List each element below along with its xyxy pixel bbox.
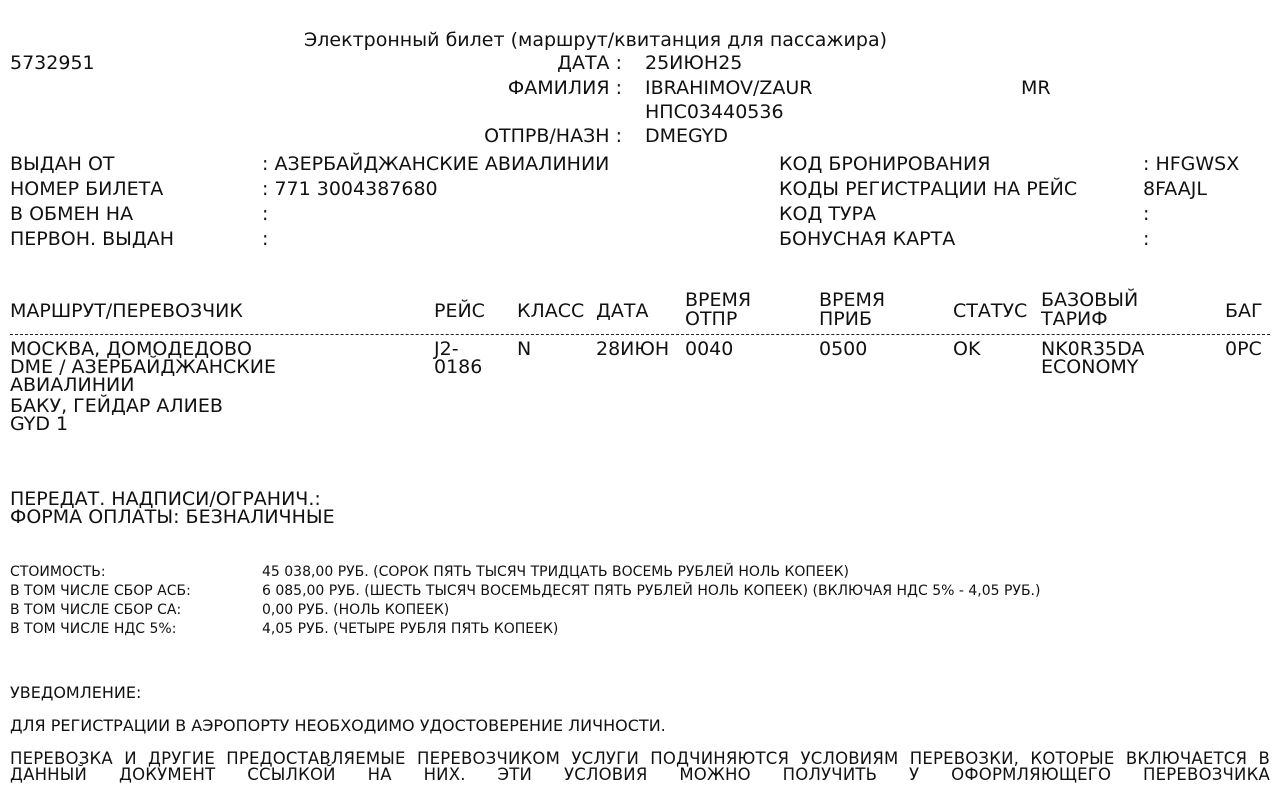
col-dep-time-2: ОТПР — [685, 310, 737, 329]
booking-code-label: КОД БРОНИРОВАНИЯ — [779, 152, 990, 176]
surname-value: IBRAHIMOV/ZAUR — [645, 76, 813, 100]
document-title: Электронный билет (маршрут/квитанция для… — [304, 28, 887, 52]
exchange-value: : — [262, 202, 268, 226]
original-issue-value: : — [262, 227, 268, 251]
ca-fee-label: В ТОМ ЧИСЛЕ СБОР СА: — [10, 602, 181, 619]
segment-fare: NK0R35DA ECONOMY — [1041, 340, 1144, 376]
vat-value: 4,05 РУБ. (ЧЕТЫРЕ РУБЛЯ ПЯТЬ КОПЕЕК) — [262, 621, 558, 638]
segment-dep-time: 0040 — [685, 340, 733, 358]
conditions-paragraph: ПЕРЕВОЗКА И ДРУГИЕ ПРЕДОСТАВЛЯЕМЫЕ ПЕРЕВ… — [10, 751, 1270, 783]
checkin-codes-label: КОДЫ РЕГИСТРАЦИИ НА РЕЙС — [779, 177, 1077, 201]
col-class: КЛАСС — [517, 302, 584, 321]
issued-by-value: : АЗЕРБАЙДЖАНСКИЕ АВИАЛИНИИ — [262, 152, 609, 176]
col-status: СТАТУС — [953, 302, 1027, 321]
flight-line: 0186 — [434, 358, 482, 376]
col-fare-2: ТАРИФ — [1041, 310, 1108, 329]
route-label: ОТПРВ/НАЗН : — [0, 124, 622, 148]
issued-by-label: ВЫДАН ОТ — [10, 152, 115, 176]
route-line: АВИАЛИНИИ — [10, 376, 276, 394]
passenger-title: MR — [1021, 76, 1051, 100]
date-value: 25ИЮН25 — [645, 51, 742, 75]
original-issue-label: ПЕРВОН. ВЫДАН — [10, 227, 174, 251]
asb-fee-label: В ТОМ ЧИСЛЕ СБОР АСБ: — [10, 583, 191, 600]
col-date: ДАТА — [596, 302, 648, 321]
tour-code-label: КОД ТУРА — [779, 202, 876, 226]
table-divider — [10, 334, 1270, 335]
route-value: DMEGYD — [645, 124, 728, 148]
ticket-number-value: : 771 3004387680 — [262, 177, 438, 201]
asb-fee-value: 6 085,00 РУБ. (ШЕСТЬ ТЫСЯЧ ВОСЕМЬДЕСЯТ П… — [262, 583, 1040, 600]
date-label: ДАТА : — [0, 51, 622, 75]
cost-label: СТОИМОСТЬ: — [10, 564, 106, 581]
segment-flight: J2- 0186 — [434, 340, 482, 376]
document-id: НПС03440536 — [645, 100, 784, 124]
fare-line: ECONOMY — [1041, 358, 1144, 376]
ca-fee-value: 0,00 РУБ. (НОЛЬ КОПЕЕК) — [262, 602, 449, 619]
col-route: МАРШРУТ/ПЕРЕВОЗЧИК — [10, 302, 243, 321]
checkin-codes-value: 8FAAJL — [1143, 177, 1207, 201]
exchange-label: В ОБМЕН НА — [10, 202, 133, 226]
notice-heading: УВЕДОМЛЕНИЕ: — [10, 683, 141, 703]
segment-date: 28ИЮН — [596, 340, 669, 358]
cost-value: 45 038,00 РУБ. (СОРОК ПЯТЬ ТЫСЯЧ ТРИДЦАТ… — [262, 564, 849, 581]
tour-code-value: : — [1143, 202, 1149, 226]
bonus-card-label: БОНУСНАЯ КАРТА — [779, 227, 955, 251]
segment-baggage: 0PC — [1225, 340, 1262, 358]
segment-status: OK — [953, 340, 980, 358]
payment-form: ФОРМА ОПЛАТЫ: БЕЗНАЛИЧНЫЕ — [10, 508, 335, 526]
col-flight: РЕЙС — [434, 302, 485, 321]
segment-route: МОСКВА, ДОМОДЕДОВО DME / АЗЕРБАЙДЖАНСКИЕ… — [10, 340, 276, 433]
surname-label: ФАМИЛИЯ : — [0, 76, 622, 100]
id-requirement: ДЛЯ РЕГИСТРАЦИИ В АЭРОПОРТУ НЕОБХОДИМО У… — [10, 716, 666, 736]
ticket-number-label: НОМЕР БИЛЕТА — [10, 177, 163, 201]
vat-label: В ТОМ ЧИСЛЕ НДС 5%: — [10, 621, 176, 638]
col-arr-time-2: ПРИБ — [819, 310, 872, 329]
segment-arr-time: 0500 — [819, 340, 867, 358]
route-line: GYD 1 — [10, 415, 276, 433]
col-baggage: БАГ — [1225, 302, 1263, 321]
bonus-card-value: : — [1143, 227, 1149, 251]
segment-class: N — [517, 340, 531, 358]
booking-code-value: : HFGWSX — [1143, 152, 1239, 176]
